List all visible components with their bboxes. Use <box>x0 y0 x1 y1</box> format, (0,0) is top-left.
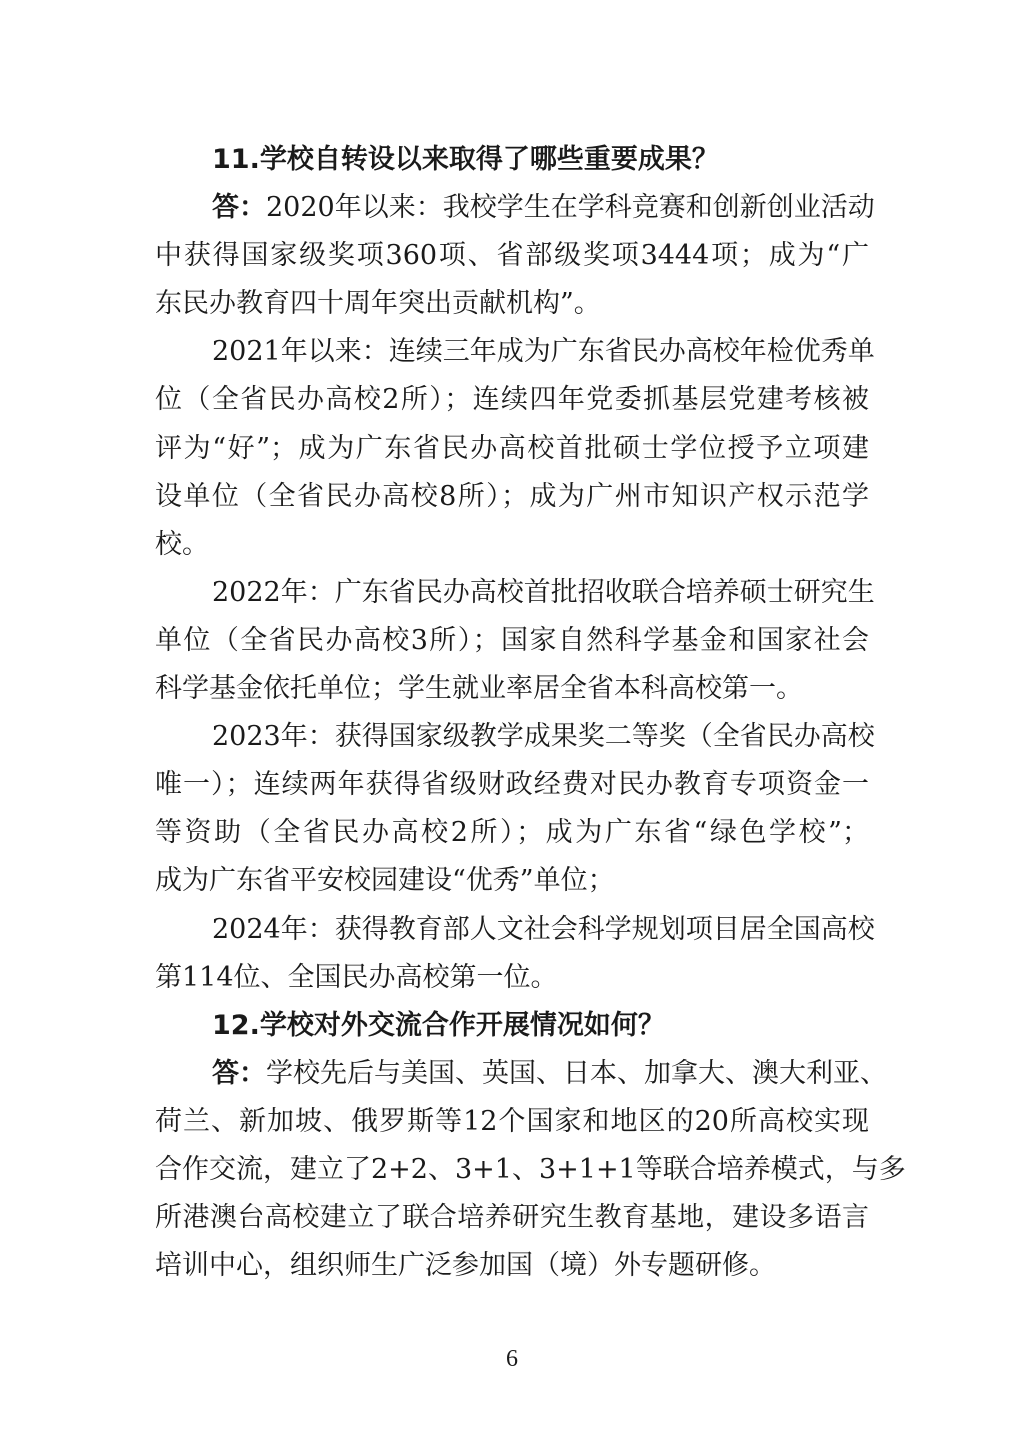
document-page: 11.学校自转设以来取得了哪些重要成果？ 答：2020年以来：我校学生在学科竞赛… <box>155 136 869 1290</box>
paragraph-text: 学校先后与美国、英国、日本、加拿大、澳大利亚、 <box>266 1058 887 1089</box>
paragraph-line: 所港澳台高校建立了联合培养研究生教育基地，建设多语言 <box>155 1194 869 1242</box>
paragraph-line: 单位（全省民办高校3所）；国家自然科学基金和国家社会 <box>155 617 869 665</box>
page-number: 6 <box>0 1346 1024 1373</box>
question-heading-11: 11.学校自转设以来取得了哪些重要成果？ <box>155 136 869 184</box>
paragraph-2021-line-1: 2021年以来：连续三年成为广东省民办高校年检优秀单 <box>155 328 869 376</box>
paragraph-line: 培训中心，组织师生广泛参加国（境）外专题研修。 <box>155 1242 869 1290</box>
answer-paragraph-exchange-line-1: 答：学校先后与美国、英国、日本、加拿大、澳大利亚、 <box>155 1050 869 1098</box>
paragraph-line: 设单位（全省民办高校8所）；成为广州市知识产权示范学 <box>155 473 869 521</box>
paragraph-line: 唯一）；连续两年获得省级财政经费对民办教育专项资金一 <box>155 761 869 809</box>
paragraph-2024-line-1: 2024年：获得教育部人文社会科学规划项目居全国高校 <box>155 906 869 954</box>
paragraph-line: 位（全省民办高校2所）；连续四年党委抓基层党建考核被 <box>155 376 869 424</box>
paragraph-line: 中获得国家级奖项360项、省部级奖项3444项；成为“广 <box>155 232 869 280</box>
paragraph-text: 2020年以来：我校学生在学科竞赛和创新创业活动 <box>266 192 875 223</box>
paragraph-line: 评为“好”；成为广东省民办高校首批硕士学位授予立项建 <box>155 425 869 473</box>
paragraph-line: 成为广东省平安校园建设“优秀”单位； <box>155 857 869 905</box>
answer-label: 答： <box>212 1058 266 1089</box>
question-heading-12: 12.学校对外交流合作开展情况如何？ <box>155 1002 869 1050</box>
paragraph-line: 东民办教育四十周年突出贡献机构”。 <box>155 280 869 328</box>
paragraph-line: 合作交流，建立了2+2、3+1、3+1+1等联合培养模式，与多 <box>155 1146 869 1194</box>
answer-paragraph-2020-line-1: 答：2020年以来：我校学生在学科竞赛和创新创业活动 <box>155 184 869 232</box>
paragraph-line: 等资助（全省民办高校2所）；成为广东省“绿色学校”； <box>155 809 869 857</box>
paragraph-2023-line-1: 2023年：获得国家级教学成果奖二等奖（全省民办高校 <box>155 713 869 761</box>
paragraph-line: 科学基金依托单位；学生就业率居全省本科高校第一。 <box>155 665 869 713</box>
paragraph-2022-line-1: 2022年：广东省民办高校首批招收联合培养硕士研究生 <box>155 569 869 617</box>
paragraph-line: 第114位、全国民办高校第一位。 <box>155 954 869 1002</box>
paragraph-line: 荷兰、新加坡、俄罗斯等12个国家和地区的20所高校实现 <box>155 1098 869 1146</box>
answer-label: 答： <box>212 192 266 223</box>
paragraph-line: 校。 <box>155 521 869 569</box>
